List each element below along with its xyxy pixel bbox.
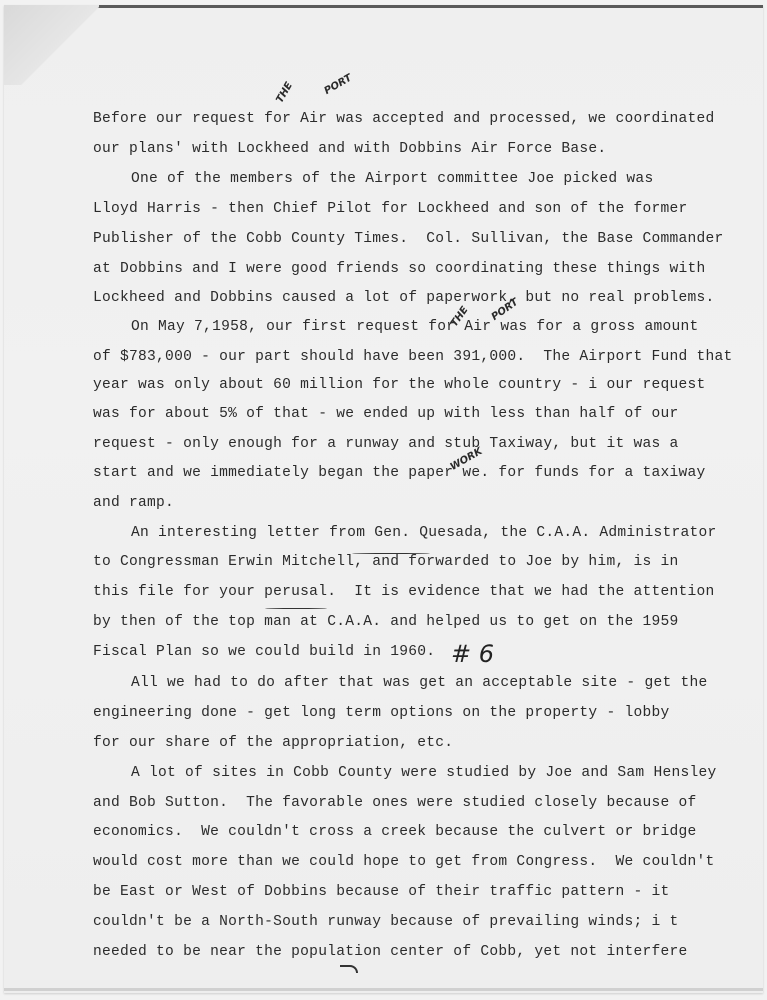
handwritten-number-note: # 6: [451, 640, 494, 668]
text-line-4: Lloyd Harris - then Chief Pilot for Lock…: [93, 200, 688, 218]
text-line-6: at Dobbins and I were good friends so co…: [93, 260, 706, 278]
text-line-19: Fiscal Plan so we could build in 1960.: [93, 643, 435, 661]
underline-quesada: [352, 553, 430, 554]
text-line-14: and ramp.: [93, 494, 174, 512]
text-line-18: by then of the top man at C.A.A. and hel…: [93, 613, 679, 631]
text-line-20: All we had to do after that was get an a…: [131, 674, 708, 692]
text-line-24: and Bob Sutton. The favorable ones were …: [93, 794, 697, 812]
text-line-29: needed to be near the population center …: [93, 943, 688, 961]
text-line-9: of $783,000 - our part should have been …: [93, 348, 733, 366]
text-line-26: would cost more than we could hope to ge…: [93, 853, 715, 871]
text-line-12: request - only enough for a runway and s…: [93, 435, 679, 453]
text-line-7: Lockheed and Dobbins caused a lot of pap…: [93, 289, 715, 307]
text-line-28: couldn't be a North-South runway because…: [93, 913, 679, 931]
underline-perusal: [265, 608, 327, 609]
text-line-15: An interesting letter from Gen. Quesada,…: [131, 524, 717, 542]
text-line-5: Publisher of the Cobb County Times. Col.…: [93, 230, 724, 248]
page-bottom-edge: [4, 988, 763, 991]
text-line-1: Before our request for Air was accepted …: [93, 110, 715, 128]
text-line-13: start and we immediately began the paper…: [93, 464, 706, 482]
text-line-10: year was only about 60 million for the w…: [93, 376, 706, 394]
text-line-27: be East or West of Dobbins because of th…: [93, 883, 670, 901]
text-line-8: On May 7,1958, our first request for Air…: [131, 318, 698, 336]
text-line-17: this file for your perusal. It is eviden…: [93, 583, 715, 601]
text-line-25: economics. We couldn't cross a creek bec…: [93, 823, 697, 841]
text-line-16: to Congressman Erwin Mitchell, and forwa…: [93, 553, 679, 571]
text-line-22: for our share of the appropriation, etc.: [93, 734, 453, 752]
text-line-3: One of the members of the Airport commit…: [131, 170, 653, 188]
text-line-21: engineering done - get long term options…: [93, 704, 670, 722]
text-line-23: A lot of sites in Cobb County were studi…: [131, 764, 717, 782]
text-line-11: was for about 5% of that - we ended up w…: [93, 405, 679, 423]
handwritten-mark: [340, 965, 358, 973]
text-line-2: our plans' with Lockheed and with Dobbin…: [93, 140, 606, 158]
